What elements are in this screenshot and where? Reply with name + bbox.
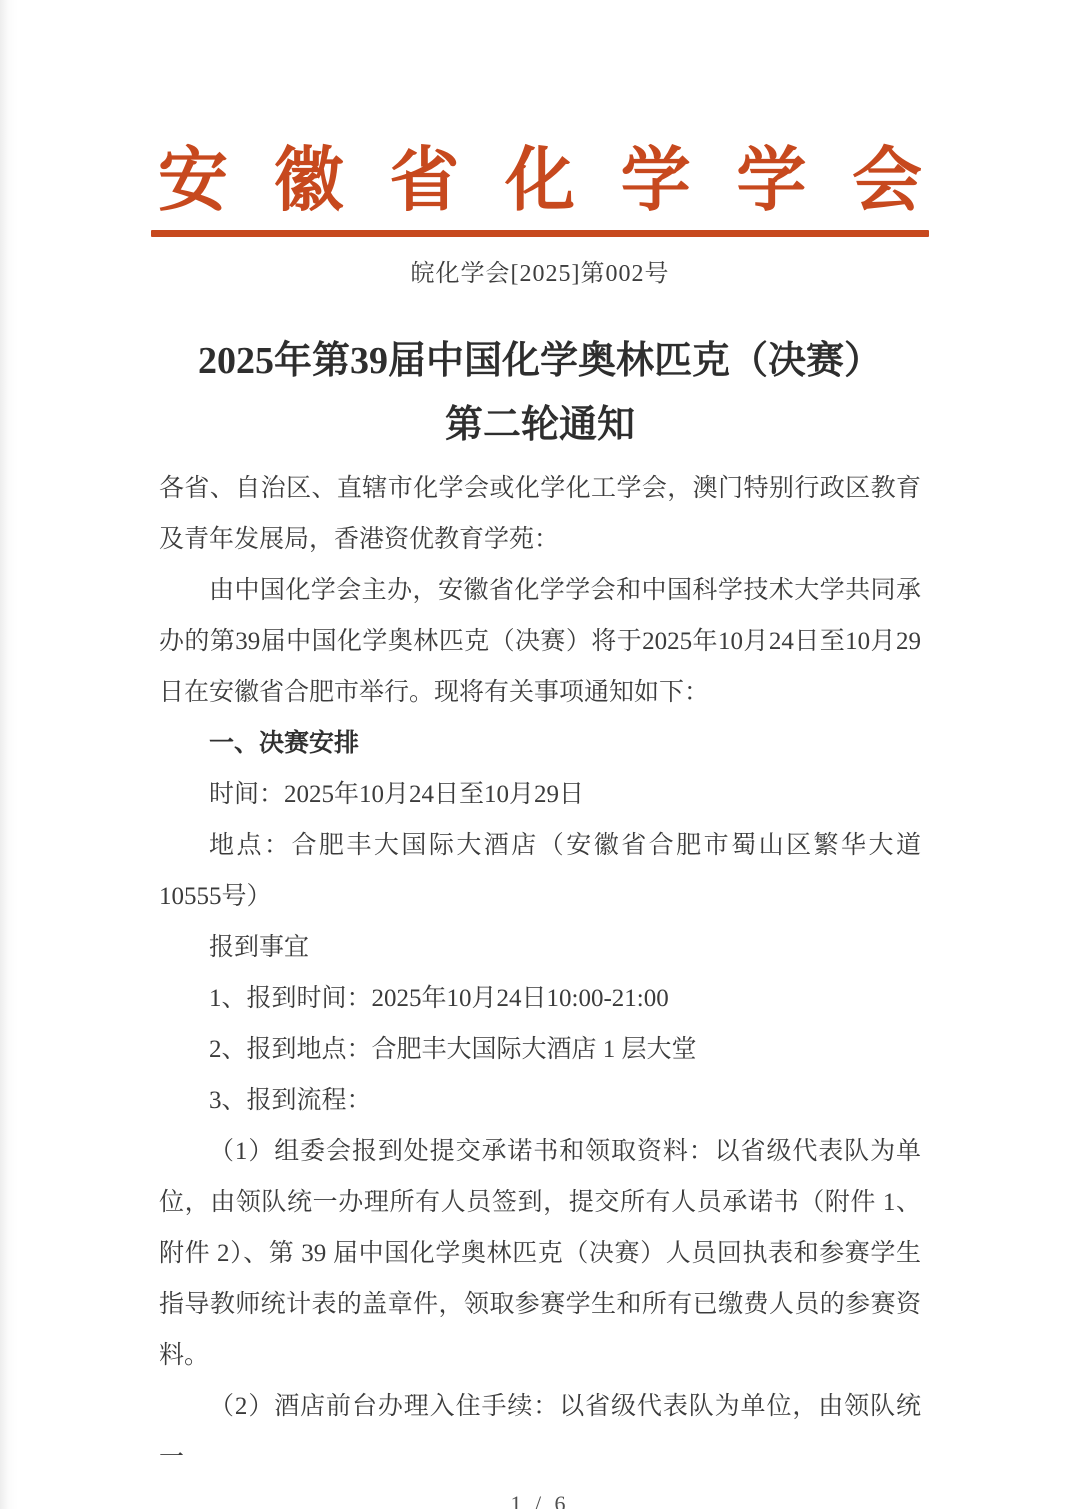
body-paragraph-location: 地点：合肥丰大国际大酒店（安徽省合肥市蜀山区繁华大道10555号） [159, 820, 921, 922]
doc-number: 皖化学会[2025]第002号 [0, 259, 1080, 289]
body-paragraph-process-step1: （1）组委会报到处提交承诺书和领取资料：以省级代表队为单位，由领队统一办理所有人… [159, 1126, 921, 1381]
document-page: 安徽省化学学会 皖化学会[2025]第002号 2025年第39届中国化学奥林匹… [0, 0, 1080, 1509]
masthead-rule [151, 230, 929, 237]
body-paragraph-registration-time: 1、报到时间：2025年10月24日10:00-21:00 [159, 973, 921, 1024]
masthead-org-name: 安徽省化学学会 [158, 146, 922, 218]
body-paragraph-process-step2: （2）酒店前台办理入住手续：以省级代表队为单位，由领队统一 [159, 1381, 921, 1483]
notice-title: 2025年第39届中国化学奥林匹克（决赛） 第二轮通知 [0, 329, 1080, 457]
page-number: 1 / 6 [0, 1491, 1080, 1509]
body-paragraph-registration-place: 2、报到地点：合肥丰大国际大酒店 1 层大堂 [159, 1024, 921, 1075]
notice-title-line1: 2025年第39届中国化学奥林匹克（决赛） [0, 329, 1080, 393]
section-heading-finals-arrangement: 一、决赛安排 [159, 718, 921, 769]
body-paragraph-salutation: 各省、自治区、直辖市化学会或化学化工学会，澳门特别行政区教育及青年发展局，香港资… [159, 463, 921, 565]
notice-body: 各省、自治区、直辖市化学会或化学化工学会，澳门特别行政区教育及青年发展局，香港资… [159, 463, 921, 1483]
body-paragraph-intro: 由中国化学会主办，安徽省化学学会和中国科学技术大学共同承办的第39届中国化学奥林… [159, 565, 921, 718]
body-paragraph-time: 时间：2025年10月24日至10月29日 [159, 769, 921, 820]
body-paragraph-registration-process: 3、报到流程： [159, 1075, 921, 1126]
body-paragraph-registration-matters: 报到事宜 [159, 922, 921, 973]
notice-title-line2: 第二轮通知 [0, 393, 1080, 457]
